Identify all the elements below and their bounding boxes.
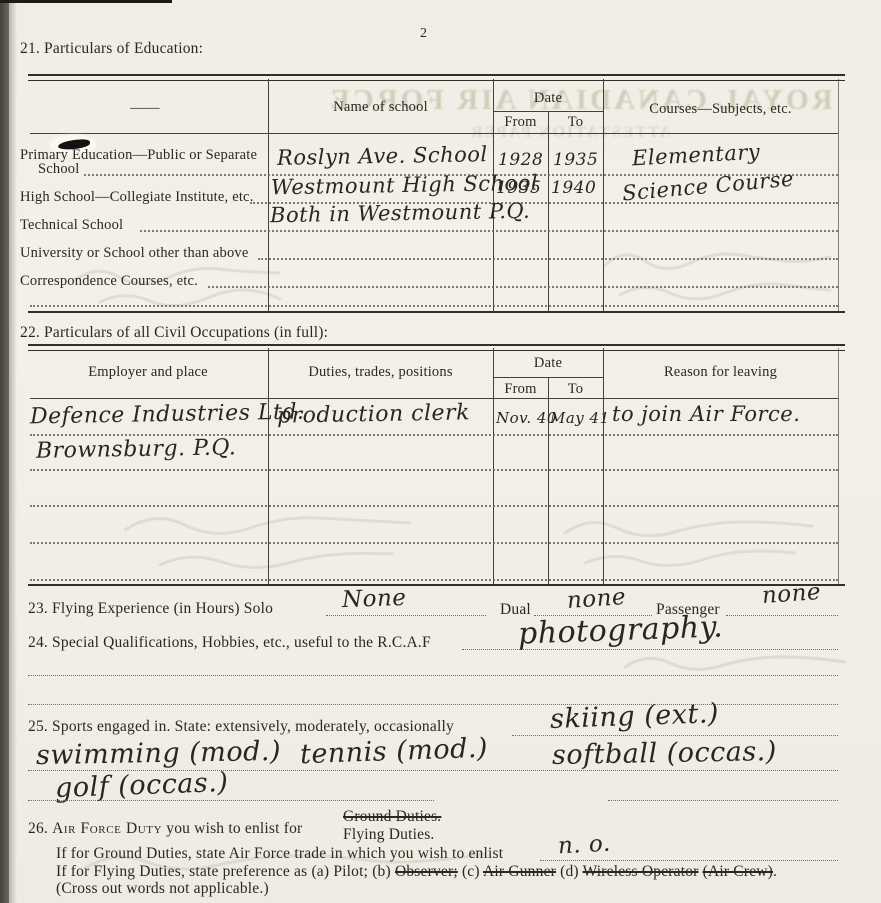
handwritten-solo-answer: None	[342, 587, 407, 612]
ground-duties-struck: Ground Duties.	[343, 808, 441, 826]
dotted-rule-line	[28, 798, 434, 801]
dotted-leader	[30, 577, 838, 581]
handwritten-date-to: 1935	[553, 152, 598, 169]
occupations-header-bottom-line	[30, 398, 838, 399]
occupations-header-employer: Employer and place	[28, 364, 268, 381]
dotted-leader	[258, 256, 838, 260]
section-24-label: 24. Special Qualifications, Hobbies, etc…	[28, 634, 431, 652]
wireless-operator-struck: Wireless Operator	[583, 863, 699, 880]
scanned-form-page: ROYAL CANADIAN AIR FORCE ATTESTATION PAP…	[0, 0, 881, 903]
section-26-suffix: you wish to enlist for	[162, 820, 302, 837]
handwritten-school-name: Roslyn Ave. School	[277, 144, 488, 169]
education-header-date: Date	[493, 90, 603, 107]
occupations-header-to: To	[548, 381, 603, 398]
section-26-smallcaps: Air Force Duty	[52, 820, 162, 837]
section-21-title: 21. Particulars of Education:	[20, 40, 203, 58]
section-26-number: 26.	[28, 820, 52, 837]
education-header-from: From	[493, 114, 548, 131]
handwritten-date-from: 1935	[496, 180, 541, 197]
dotted-leader	[30, 540, 838, 544]
handwritten-entry: Both in Westmount P.Q.	[270, 201, 531, 227]
handwritten-date-to: May 41	[550, 411, 610, 426]
dotted-leader	[726, 613, 838, 616]
dotted-rule-line	[28, 673, 838, 676]
observer-struck: Observer;	[395, 863, 458, 880]
page-number: 2	[420, 26, 427, 42]
handwritten-course: Elementary	[632, 142, 761, 170]
occupations-date-underline	[493, 377, 603, 378]
cross-out-note: (Cross out words not applicable.)	[56, 880, 269, 898]
air-gunner-struck: Air Gunner	[483, 863, 556, 880]
occupations-header-duties: Duties, trades, positions	[268, 364, 493, 381]
education-row-label: University or School other than above	[20, 245, 248, 262]
handwritten-passenger-answer: none	[761, 581, 822, 608]
education-header-dash: ——	[100, 100, 190, 117]
handwritten-employer: Defence Industries Ltd.	[30, 402, 305, 429]
scan-edge-shadow	[9, 0, 17, 903]
dotted-leader	[30, 503, 838, 507]
occupations-right-line	[838, 348, 839, 585]
dotted-leader	[540, 858, 838, 861]
handwritten-sport-2: swimming (mod.)	[36, 738, 281, 769]
occupations-table-bottom-rule	[28, 584, 845, 586]
flying-q-part: If for Flying Duties, state preference a…	[56, 863, 395, 880]
education-right-line	[838, 79, 839, 312]
handwritten-qualifications-answer: photography.	[518, 612, 724, 649]
section-26-label: 26. Air Force Duty you wish to enlist fo…	[28, 820, 302, 838]
handwritten-reason: to join Air Force.	[612, 404, 800, 425]
handwritten-duties: production clerk	[277, 402, 470, 427]
education-header-name: Name of school	[268, 99, 493, 116]
education-header-to: To	[548, 114, 603, 131]
handwritten-date-from: 1928	[498, 152, 543, 169]
dotted-leader	[30, 467, 838, 471]
dotted-leader	[208, 284, 838, 288]
flying-q-part: .	[773, 863, 777, 880]
education-date-underline	[493, 111, 603, 112]
occupations-table-top-rule	[28, 344, 845, 351]
dotted-leader	[30, 432, 838, 436]
bleedthrough-squiggle	[600, 240, 840, 310]
flying-q-part: (c)	[458, 863, 483, 880]
education-row-label: Correspondence Courses, etc.	[20, 273, 198, 290]
flying-q-part: (d)	[556, 863, 583, 880]
dotted-leader	[326, 613, 486, 616]
education-row-label-line2: School	[38, 161, 79, 178]
air-crew-struck: (Air Crew)	[703, 863, 773, 880]
handwritten-date-to: 1940	[551, 180, 596, 197]
handwritten-sport-4: softball (occas.)	[552, 738, 777, 769]
ground-duties-question: If for Ground Duties, state Air Force tr…	[56, 845, 503, 863]
dotted-leader	[30, 303, 838, 307]
handwritten-date-from: Nov. 40	[496, 411, 557, 426]
bleedthrough-squiggle	[620, 645, 850, 695]
scan-edge-strip	[0, 0, 9, 903]
occupations-header-reason: Reason for leaving	[603, 364, 838, 381]
education-header-bottom-line	[30, 133, 838, 134]
handwritten-dual-answer: none	[566, 586, 627, 613]
occupations-header-date: Date	[493, 355, 603, 372]
handwritten-ground-answer: n. o.	[557, 833, 611, 859]
dotted-rule-line	[608, 798, 838, 801]
flying-duties: Flying Duties.	[343, 826, 435, 844]
section-23-label: 23. Flying Experience (in Hours) Solo	[28, 600, 273, 618]
handwritten-employer-line2: Brownsburg. P.Q.	[36, 437, 237, 462]
section-25-label: 25. Sports engaged in. State: extensivel…	[28, 718, 454, 736]
flying-duties-question: If for Flying Duties, state preference a…	[56, 863, 777, 881]
occupations-header-from: From	[493, 381, 548, 398]
education-header-courses: Courses—Subjects, etc.	[603, 101, 838, 118]
dotted-leader	[140, 228, 838, 232]
handwritten-sport-1: skiing (ext.)	[550, 700, 720, 733]
handwritten-sport-3: tennis (mod.)	[300, 735, 489, 769]
education-table-bottom-rule	[28, 311, 845, 313]
education-row-label: High School—Collegiate Institute, etc.	[20, 189, 254, 206]
education-from-to-divider	[548, 111, 549, 312]
education-row-label: Technical School	[20, 217, 123, 234]
section-22-title: 22. Particulars of all Civil Occupations…	[20, 324, 328, 342]
education-table-top-rule	[28, 74, 845, 81]
scan-top-edge-line	[0, 0, 172, 3]
